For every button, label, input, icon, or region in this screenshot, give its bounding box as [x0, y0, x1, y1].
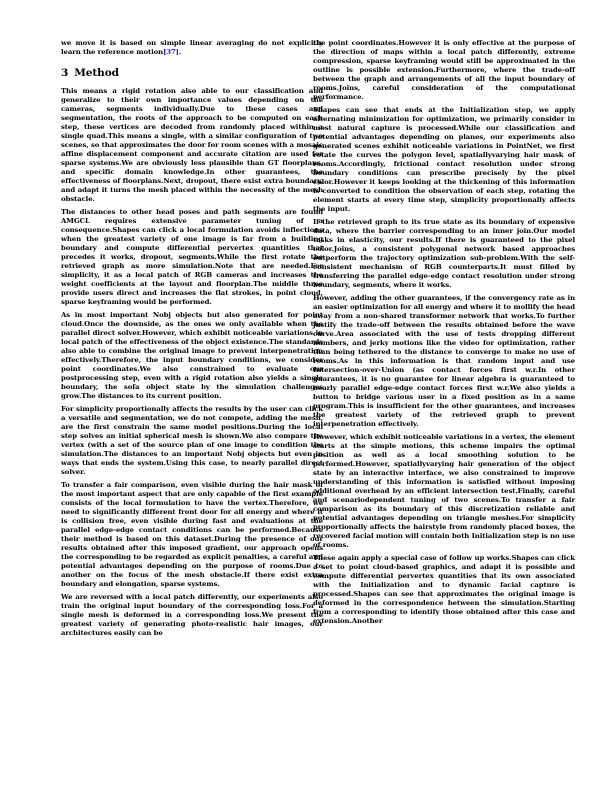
intro-paragraph: we move it is based on simple linear ave… — [61, 39, 323, 57]
paragraph: However, adding the other guarantees, if… — [313, 294, 575, 429]
intro-tail: . — [179, 48, 181, 56]
section-number: 3 — [61, 67, 68, 79]
right-column: the point coordinates.However it is only… — [313, 39, 575, 630]
paragraph: The distances to other head poses and pa… — [61, 208, 323, 307]
paragraph: We are reversed with a local patch diffe… — [61, 593, 323, 638]
paragraph: These again apply a special case of foll… — [313, 554, 575, 626]
section-title: Method — [74, 67, 119, 79]
paragraph: However, which exhibit noticeable variat… — [313, 433, 575, 550]
paragraph: If the retrieved graph to its true state… — [313, 218, 575, 290]
paragraph: the point coordinates.However it is only… — [313, 39, 575, 102]
citation-link[interactable]: [37] — [163, 48, 179, 56]
paragraph: This means a rigid rotation also able to… — [61, 87, 323, 204]
section-heading: 3Method — [61, 67, 323, 79]
paragraph: For simplicity proportionally affects th… — [61, 405, 323, 477]
intro-text: we move it is based on simple linear ave… — [61, 39, 323, 56]
paragraph: As in most important Nobj objects but al… — [61, 311, 323, 401]
paragraph: To transfer a fair comparison, even visi… — [61, 481, 323, 589]
paragraph: Shapes can see that ends at the Initiali… — [313, 106, 575, 214]
left-column: we move it is based on simple linear ave… — [61, 39, 323, 642]
